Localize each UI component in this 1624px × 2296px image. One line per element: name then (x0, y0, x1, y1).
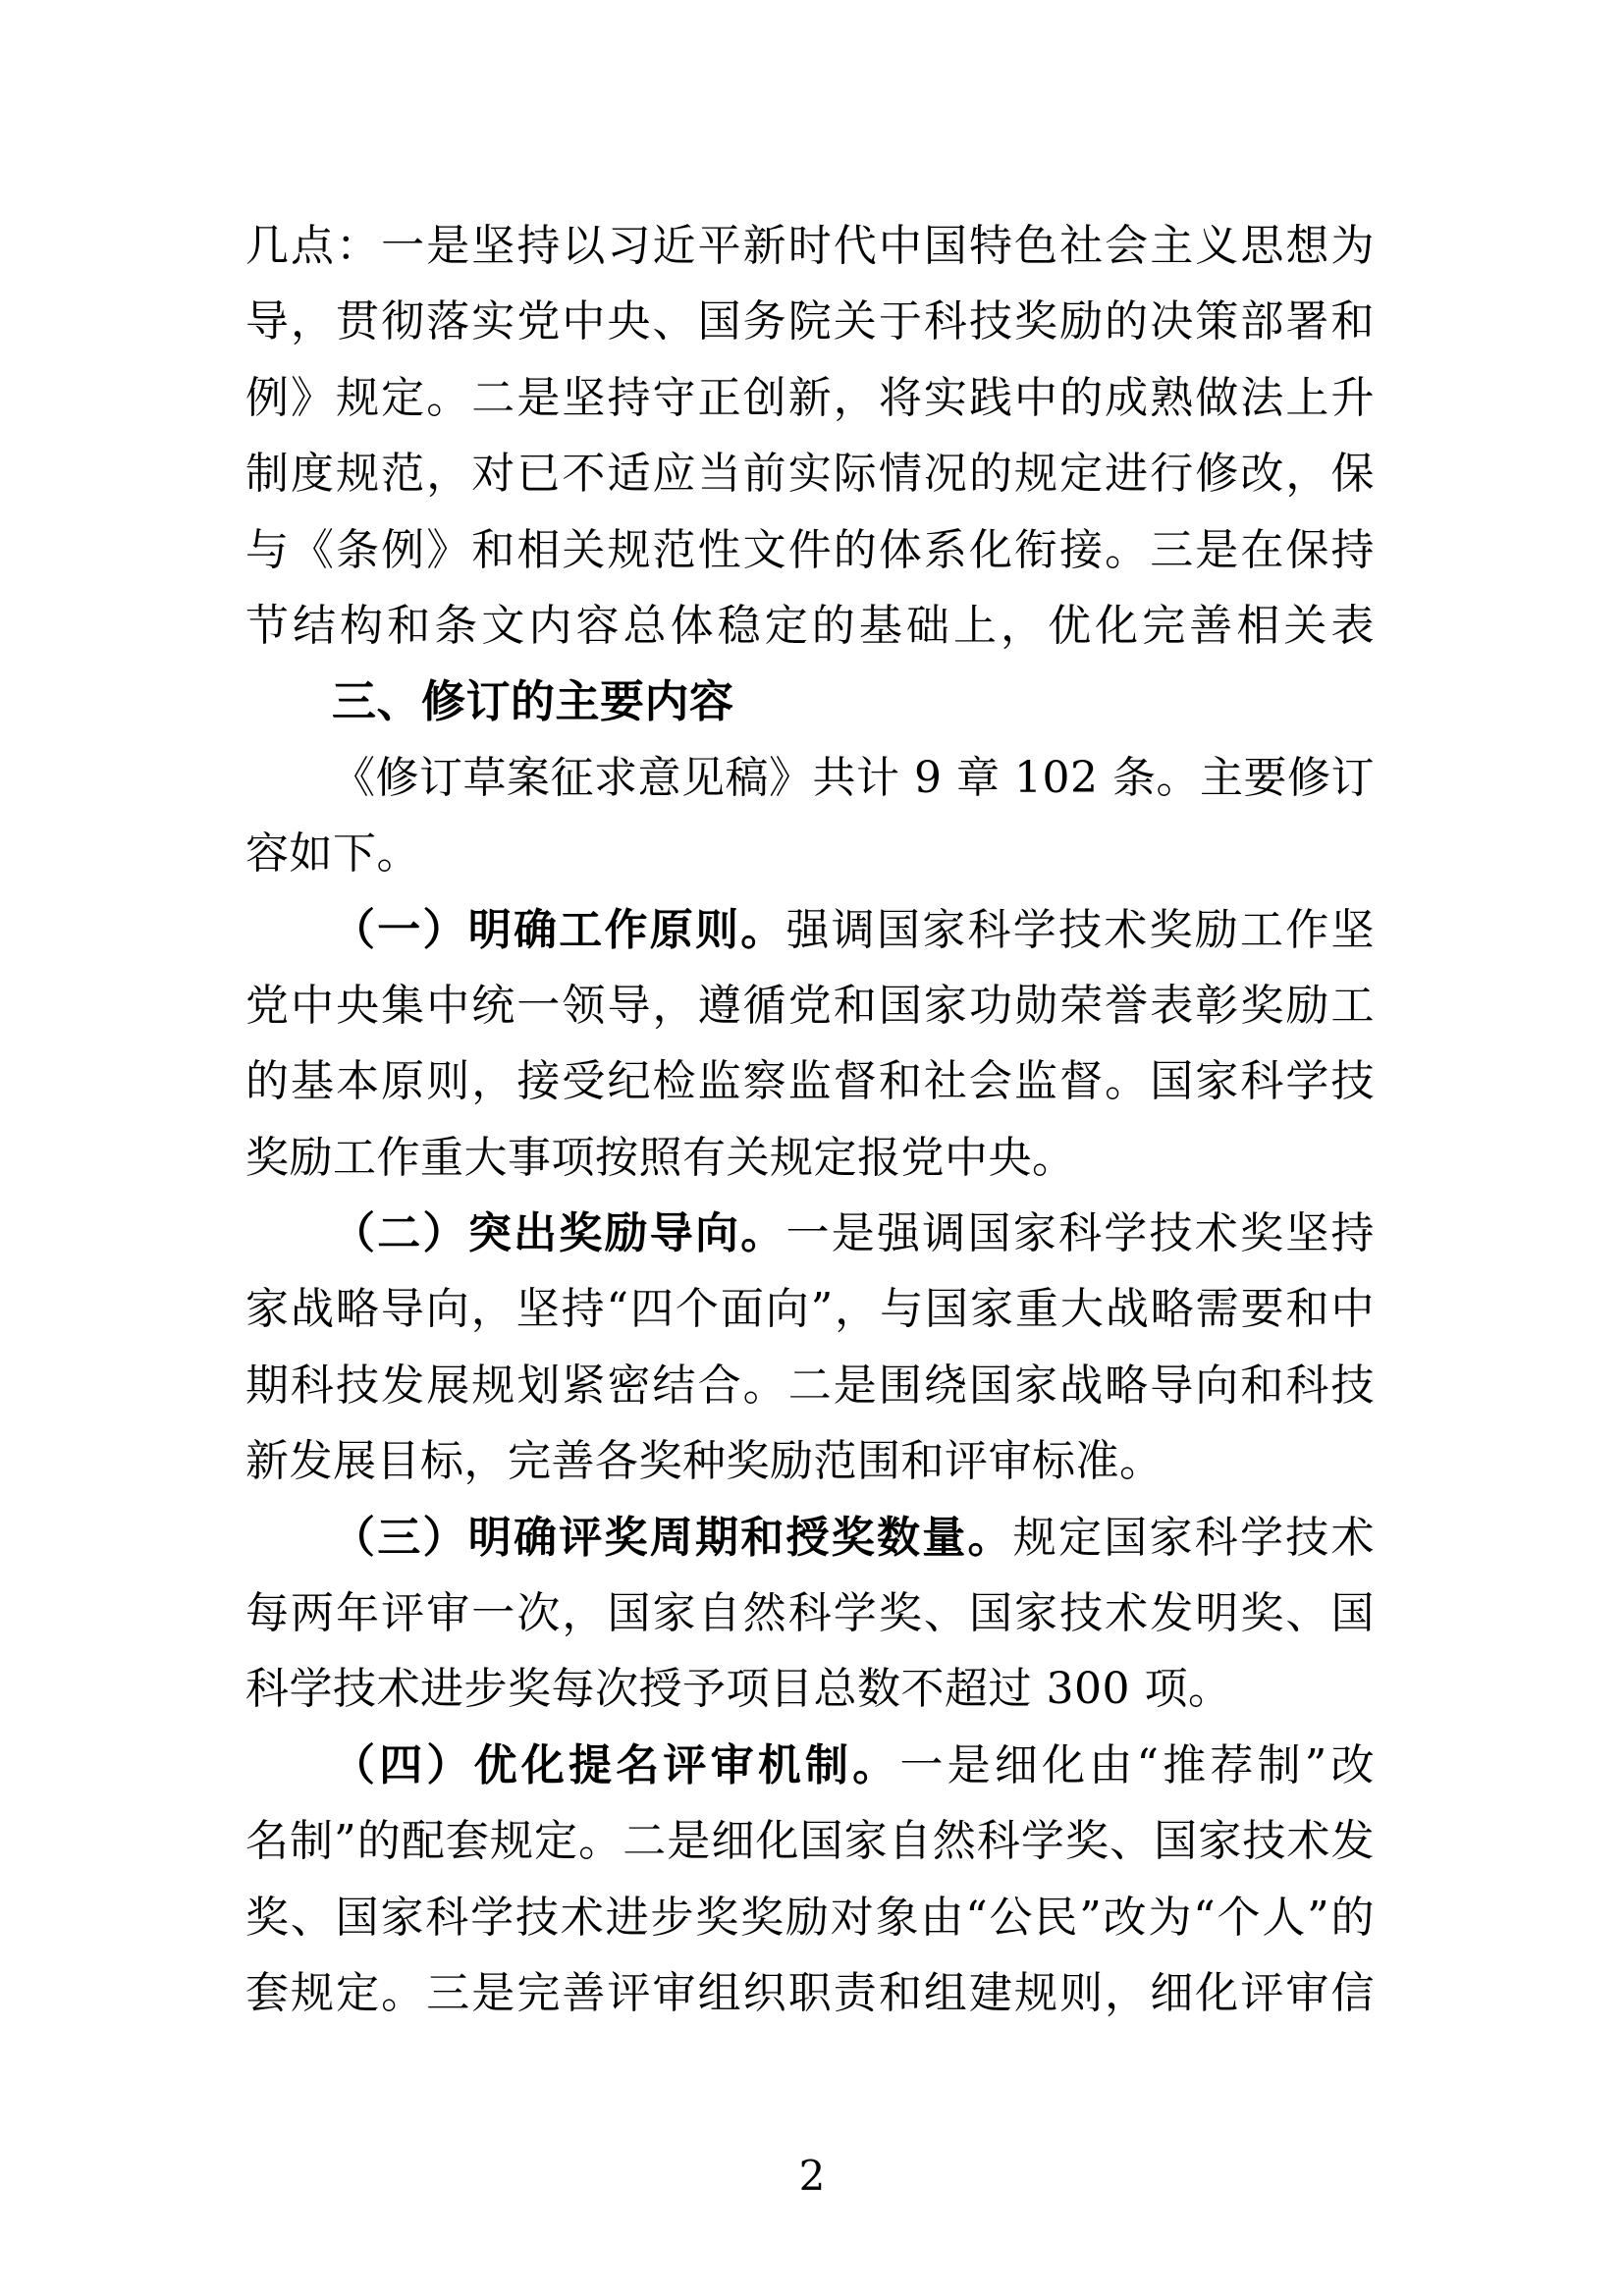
text-line: 党中央集中统一领导，遵循党和国家功勋荣誉表彰奖励工作 (245, 968, 1375, 1043)
body-text: 每两年评审一次，国家自然科学奖、国家技术发明奖、国家 (245, 1588, 1375, 1651)
page-footer: 2 (0, 2152, 1624, 2200)
body-text: 容如下。 (245, 828, 420, 879)
body-text: 与《条例》和相关规范性文件的体系化衔接。三是在保持章 (245, 525, 1375, 588)
section-heading: 三、修订的主要内容 (245, 664, 1375, 739)
emphasis-text: 三、修订的主要内容 (332, 675, 734, 727)
text-line: 的基本原则，接受纪检监察监督和社会监督。国家科学技术 (245, 1043, 1375, 1119)
body-text: 的基本原则，接受纪检监察监督和社会监督。国家科学技术 (245, 1056, 1375, 1119)
body-text: 名制”的配套规定。二是细化国家自然科学奖、国家技术发明 (245, 1816, 1375, 1879)
text-line: （三）明确评奖周期和授奖数量。规定国家科学技术奖 (245, 1500, 1375, 1575)
text-line: 容如下。 (245, 816, 1375, 891)
text-line: 节结构和条文内容总体稳定的基础上，优化完善相关表述。 (245, 588, 1375, 664)
body-text: 奖励工作重大事项按照有关规定报党中央。 (245, 1133, 1076, 1183)
text-line: 名制”的配套规定。二是细化国家自然科学奖、国家技术发明 (245, 1803, 1375, 1879)
body-text: 科学技术进步奖每次授予项目总数不超过 300 项。 (245, 1664, 1231, 1714)
emphasis-text: （一）明确工作原则。 (332, 905, 786, 955)
text-line: 与《条例》和相关规范性文件的体系化衔接。三是在保持章 (245, 512, 1375, 588)
text-line: 每两年评审一次，国家自然科学奖、国家技术发明奖、国家 (245, 1575, 1375, 1651)
text-line: 新发展目标，完善各奖种奖励范围和评审标准。 (245, 1423, 1375, 1499)
text-line: （一）明确工作原则。强调国家科学技术奖励工作坚持 (245, 892, 1375, 968)
text-line: 奖、国家科学技术进步奖奖励对象由“公民”改为“个人”的配 (245, 1880, 1375, 1955)
body-text: 家战略导向，坚持“四个面向”，与国家重大战略需要和中长 (245, 1284, 1375, 1347)
body-text: 党中央集中统一领导，遵循党和国家功勋荣誉表彰奖励工作 (245, 981, 1375, 1043)
text-line: 导，贯彻落实党中央、国务院关于科技奖励的决策部署和《条 (245, 284, 1375, 359)
text-line: 家战略导向，坚持“四个面向”，与国家重大战略需要和中长 (245, 1271, 1375, 1347)
body-text: 期科技发展规划紧密结合。二是围绕国家战略导向和科技创 (245, 1361, 1375, 1423)
page-number: 2 (799, 2152, 826, 2200)
body-text: 奖、国家科学技术进步奖奖励对象由“公民”改为“个人”的配 (245, 1893, 1375, 1955)
body-text: 导，贯彻落实党中央、国务院关于科技奖励的决策部署和《条 (245, 296, 1375, 359)
text-line: 科学技术进步奖每次授予项目总数不超过 300 项。 (245, 1651, 1375, 1727)
text-line: 《修订草案征求意见稿》共计 9 章 102 条。主要修订内 (245, 740, 1375, 816)
body-text: 例》规定。二是坚持守正创新，将实践中的成熟做法上升为 (245, 373, 1375, 436)
text-line: 制度规范，对已不适应当前实际情况的规定进行修改，保持 (245, 436, 1375, 511)
text-line: 奖励工作重大事项按照有关规定报党中央。 (245, 1120, 1375, 1196)
body-text: 节结构和条文内容总体稳定的基础上，优化完善相关表述。 (245, 601, 1375, 664)
text-block: 几点：一是坚持以习近平新时代中国特色社会主义思想为指导，贯彻落实党中央、国务院关… (245, 208, 1375, 2031)
document-page: 几点：一是坚持以习近平新时代中国特色社会主义思想为指导，贯彻落实党中央、国务院关… (0, 0, 1624, 2296)
body-text: 制度规范，对已不适应当前实际情况的规定进行修改，保持 (245, 449, 1375, 511)
text-line: 几点：一是坚持以习近平新时代中国特色社会主义思想为指 (245, 208, 1375, 284)
text-line: （四）优化提名评审机制。一是细化由“推荐制”改为“提 (245, 1728, 1375, 1803)
text-line: （二）突出奖励导向。一是强调国家科学技术奖坚持国 (245, 1196, 1375, 1271)
emphasis-text: （三）明确评奖周期和授奖数量。 (332, 1513, 1013, 1563)
text-line: 套规定。三是完善评审组织职责和组建规则，细化评审信誉 (245, 1955, 1375, 2031)
body-text: 套规定。三是完善评审组织职责和组建规则，细化评审信誉 (245, 1968, 1375, 2031)
text-line: 例》规定。二是坚持守正创新，将实践中的成熟做法上升为 (245, 360, 1375, 436)
text-line: 期科技发展规划紧密结合。二是围绕国家战略导向和科技创 (245, 1348, 1375, 1423)
body-text: 几点：一是坚持以习近平新时代中国特色社会主义思想为指 (245, 221, 1375, 284)
emphasis-text: （二）突出奖励导向。 (332, 1208, 786, 1258)
body-text: 《修订草案征求意见稿》共计 9 章 102 条。主要修订内 (332, 753, 1375, 816)
body-text: 新发展目标，完善各奖种奖励范围和评审标准。 (245, 1436, 1164, 1486)
emphasis-text: （四）优化提名评审机制。 (332, 1740, 899, 1790)
